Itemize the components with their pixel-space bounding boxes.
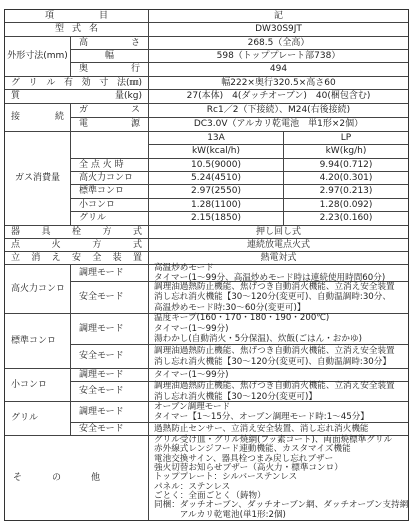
grill-label: グリル [5,402,70,435]
gas-13a-unit: kW(kcal/h) [149,145,283,158]
connection-power-value: DC3.0V（アルカリ乾電池 単1形×2個） [149,118,408,131]
model-value: DW30S9JT [149,23,408,36]
standard-burner-cook-label: 調理モード [71,314,148,344]
grill-size-label: グリル有効寸法(㎜) [5,77,148,89]
standard-burner-cook-detail: 温度キープ(160・170・180・190・200℃)タイマー(1～99分)湯わ… [149,314,408,344]
grill-size-value: 幅222×奥行320.5×高さ60 [149,77,408,89]
spec-table: 項目 記 型式名 DW30S9JT 外形寸法(mm) 高さ 268.5（全高） … [4,9,409,521]
standard-burner-label: 標準コンロ [5,314,70,368]
grill-safe-detail: 過熱防止センサー、立消え安全装置、消し忘れ消火機能 [149,423,408,435]
gas-row-lp: 2.23(0.160) [284,212,408,225]
header-note: 記 [149,10,408,22]
gas-row-lp: 1.28(0.092) [284,199,408,211]
gas-row-label: 全 点 火 時 [71,159,148,171]
gas-13a-header: 13A [149,132,283,144]
connection-label: 接続 [5,104,70,131]
standard-burner-safe-detail: 調理油過熱防止機能、焦げつき自動消火機能、立消え安全装置消し忘れ消火機能【30～… [149,345,408,368]
ignition-value: 連続放電点火式 [149,239,408,251]
gas-row-13a: 5.24(4510) [149,172,283,184]
mass-value: 27(本体) 4(ダッチオーブン) 40(梱包含む) [149,90,408,103]
small-burner-cook-label: 調理モード [71,369,148,381]
model-label: 型式名 [5,23,148,36]
small-burner-cook-detail: タイマー(1～99分) [149,369,408,381]
high-burner-safe-detail: 調理油過熱防止機能、焦げつき自動消火機能、立消え安全装置消し忘れ消火機能【30～… [149,282,408,313]
dimensions-width-label: 幅 [71,50,148,62]
gas-lp-unit: kW(kg/h) [284,145,408,158]
dimensions-height-label: 高さ [71,37,148,49]
gas-consumption-label: ガス消費量 [5,132,70,225]
dimensions-width-value: 598（トッププレート部738） [149,50,408,62]
connection-gas-value: Rc1／2（下接続）、M24(右後接続) [149,104,408,117]
connection-power-label: 電源 [71,118,148,131]
high-burner-cook-label: 調理モード [71,265,148,281]
high-burner-label: 高火力コンロ [5,265,70,313]
mass-label: 質量(kg) [5,90,148,103]
dimensions-depth-value: 494 [149,63,408,76]
valve-type-value: 押し回し式 [149,226,408,238]
other-label: その他 [5,436,148,520]
grill-cook-detail: オーブン調理モードタイマー【1～15分、オーブン調理モード時:1～45分】 [149,402,408,422]
gas-row-label: 標準コンロ [71,185,148,198]
gas-lp-header: LP [284,132,408,144]
gas-row-13a: 1.28(1100) [149,199,283,211]
header-item: 項目 [5,10,148,22]
dimensions-depth-label: 奥行 [71,63,148,76]
small-burner-safe-detail: 調理油過熱防止機能、焦げつき自動消火機能、立消え安全装置消し忘れ消火機能【30～… [149,382,408,401]
flame-safety-label: 立消え安全装置 [5,252,148,264]
gas-row-lp: 4.20(0.301) [284,172,408,184]
gas-row-label: グリル [71,212,148,225]
small-burner-label: 小コンロ [5,369,70,401]
gas-row-13a: 10.5(9000) [149,159,283,171]
gas-row-13a: 2.15(1850) [149,212,283,225]
gas-row-label: 小コンロ [71,199,148,211]
gas-row-lp: 2.97(0.213) [284,185,408,198]
ignition-label: 点火方式 [5,239,148,251]
connection-gas-label: ガス [71,104,148,117]
grill-cook-label: 調理モード [71,402,148,422]
gas-row-label: 高火力コンロ [71,172,148,184]
other-detail: グリル受け皿・グリル焼網(フッ素コート)、両面焼標準グリル 赤外線式レンジフード… [149,436,408,520]
dimensions-height-value: 268.5（全高） [149,37,408,49]
gas-row-lp: 9.94(0.712) [284,159,408,171]
grill-safe-label: 安全モード [71,423,148,435]
dimensions-label: 外形寸法(mm) [5,37,70,76]
high-burner-cook-detail: 高温炒めモードタイマー(1～99分、高温炒めモード時は連続使用時間60分) [149,265,408,281]
gas-row-13a: 2.97(2550) [149,185,283,198]
small-burner-safe-label: 安全モード [71,382,148,401]
standard-burner-safe-label: 安全モード [71,345,148,368]
high-burner-safe-label: 安全モード [71,282,148,313]
valve-type-label: 器具栓方式 [5,226,148,238]
